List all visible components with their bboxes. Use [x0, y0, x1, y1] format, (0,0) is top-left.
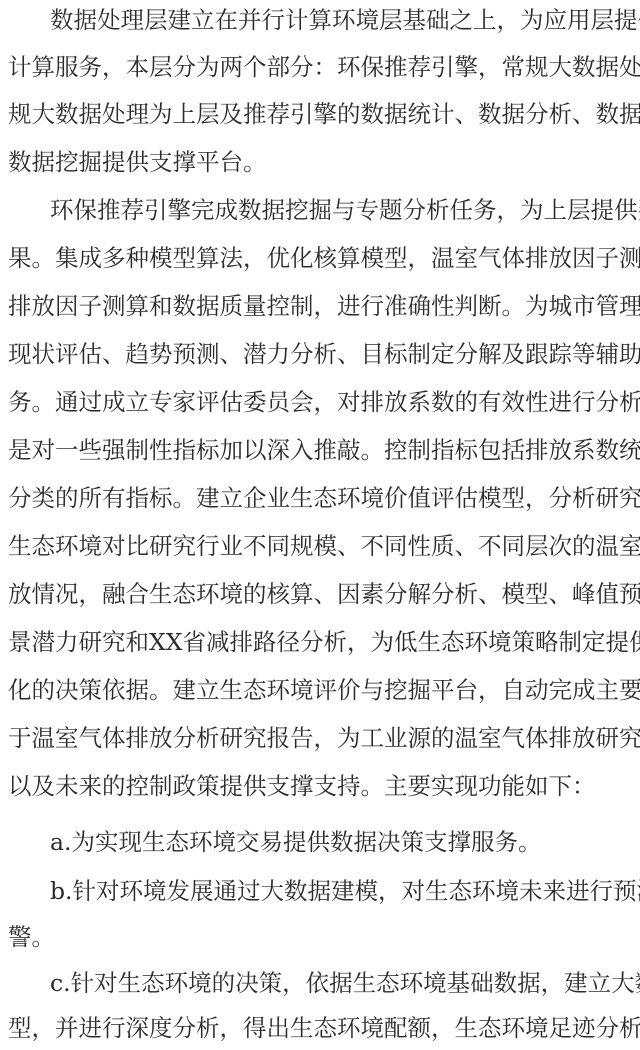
text-line: 景潜力研究和XX省减排路径分析，为低生态环境策略制定提供可量	[8, 627, 634, 657]
text-line: 分类的所有指标。建立企业生态环境价值评估模型，分析研究主要行	[8, 483, 634, 513]
text-line: 数据处理层建立在并行计算环境层基础之上，为应用层提供数据	[50, 5, 634, 35]
text-line: 排放因子测算和数据质量控制，进行准确性判断。为城市管理者提供	[8, 291, 634, 321]
text-line: 放情况，融合生态环境的核算、因素分解分析、模型、峰值预测、情	[8, 579, 634, 609]
text-line: 现状评估、趋势预测、潜力分析、目标制定分解及跟踪等辅助决策服	[8, 339, 634, 369]
text-line: 规大数据处理为上层及推荐引擎的数据统计、数据分析、数据预警、	[8, 99, 634, 129]
text-line: 于温室气体排放分析研究报告，为工业源的温室气体排放研究、评估	[8, 723, 634, 753]
text-line: b.针对环境发展通过大数据建模，对生态环境未来进行预测和预	[50, 876, 634, 906]
text-line: 数据挖掘提供支撑平台。	[8, 147, 634, 177]
text-line: 警。	[8, 922, 634, 952]
text-line: 计算服务，本层分为两个部分：环保推荐引擎，常规大数据处理；常	[8, 52, 634, 82]
text-line: 型，并进行深度分析，得出生态环境配额，生态环境足迹分析等各种	[8, 1013, 634, 1043]
text-line: 生态环境对比研究行业不同规模、不同性质、不同层次的温室气体排	[8, 531, 634, 561]
text-line: a.为实现生态环境交易提供数据决策支撑服务。	[50, 827, 634, 857]
text-line: 化的决策依据。建立生态环境评价与挖掘平台，自动完成主要行业基	[8, 675, 634, 705]
text-line: 是对一些强制性指标加以深入推敲。控制指标包括排放系数统计信息	[8, 435, 634, 465]
text-line: c.针对生态环境的决策，依据生态环境基础数据，建立大数据模	[50, 968, 634, 998]
text-line: 以及未来的控制政策提供支撑支持。主要实现功能如下：	[8, 771, 634, 801]
text-line: 果。集成多种模型算法，优化核算模型，温室气体排放因子测算，对	[8, 243, 634, 273]
text-line: 务。通过成立专家评估委员会，对排放系数的有效性进行分析，特别	[8, 387, 634, 417]
text-line: 环保推荐引擎完成数据挖掘与专题分析任务，为上层提供判定结	[50, 195, 634, 225]
